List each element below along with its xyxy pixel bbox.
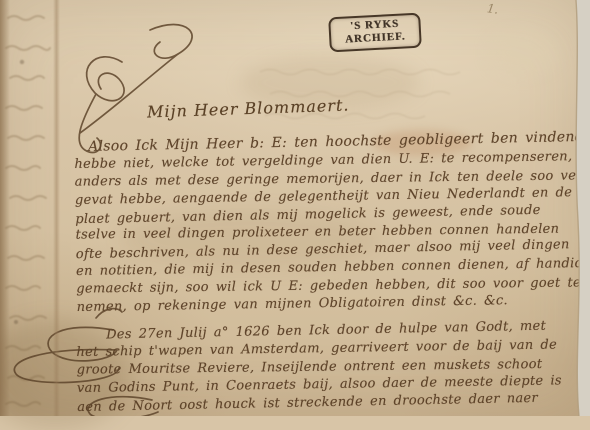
manuscript-scan: { "page_number": "1.", "stamp": { "line1…: [0, 0, 590, 416]
paraph-diagonal: [80, 54, 178, 133]
paraph-top-loop: [150, 24, 192, 58]
binding-gutter-shadow: [0, 0, 10, 416]
page-crease: [53, 0, 60, 416]
salutation-line: Mijn Heer Blommaert.: [147, 95, 350, 121]
rijksarchief-stamp: 'S RYKS ARCHIEF.: [328, 13, 422, 53]
letter-paragraph-2: Des 27en Julij a° 1626 ben Ick door de h…: [76, 318, 562, 415]
page-number: 1.: [486, 1, 499, 16]
letter-paragraph-1: Alsoo Ick Mijn Heer b: E: ten hoochste g…: [74, 130, 590, 317]
paraph-left-loop: [87, 57, 125, 101]
light-patch: [488, 30, 558, 75]
manuscript-page: Mijn Heer Blommaert. Alsoo Ick Mijn Heer…: [0, 0, 590, 416]
